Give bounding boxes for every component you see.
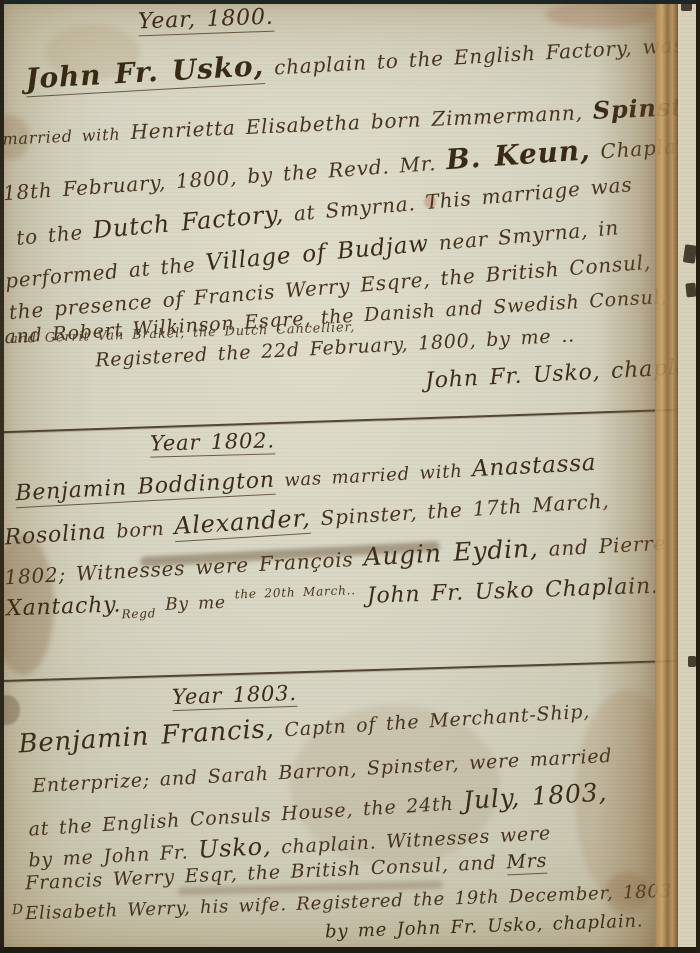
- margin-mark: D: [12, 903, 25, 918]
- gutter-shadow: [596, 0, 656, 953]
- text-fragment: to the: [15, 219, 94, 250]
- text-fragment: Mrs: [506, 850, 548, 876]
- page-edge-bottom: [0, 947, 700, 953]
- section-divider-rule: [0, 409, 676, 433]
- manuscript-page: Year, 1800. John Fr. Usko, chaplain to t…: [0, 0, 700, 953]
- text-fragment: born: [106, 517, 175, 543]
- heading-text: Year 1802.: [150, 428, 275, 457]
- section-heading-1803: Year 1803.: [172, 682, 298, 708]
- ink-mark: [685, 283, 696, 298]
- page-fold: [655, 0, 678, 953]
- ink-mark: [688, 656, 696, 667]
- bride-name: Rosolina: [4, 519, 107, 550]
- text-fragment: Spinster, the 17th March,: [310, 489, 610, 531]
- heading-text: Year 1803.: [172, 681, 298, 711]
- section-divider-rule: [0, 660, 676, 682]
- maiden-name: Alexander,: [173, 504, 311, 542]
- adjacent-page-sliver: [678, 0, 696, 953]
- text-fragment: Dutch Factory,: [92, 200, 285, 245]
- page-edge-top: [0, 0, 700, 4]
- text-fragment: married with: [2, 125, 121, 149]
- page-edge-left: [0, 0, 4, 953]
- bride-name: Anastassa: [471, 450, 597, 482]
- heading-text: Year, 1800.: [138, 5, 274, 37]
- text-fragment: By me: [156, 592, 236, 615]
- text-fragment: Regd: [121, 606, 156, 621]
- page-edge-right: [696, 0, 700, 953]
- interlined-date: the 20th March..: [234, 583, 356, 601]
- officiant-name: B. Keun,: [445, 133, 592, 176]
- witness-name: Xantachy.: [6, 592, 122, 621]
- section-heading-1802: Year 1802.: [150, 429, 275, 454]
- groom-name: Benjamin Francis,: [18, 714, 276, 760]
- groom-name: Benjamin Boddington: [15, 468, 276, 509]
- margin-mark-text: D: [11, 902, 24, 919]
- chaplain-name: Usko,: [197, 832, 272, 864]
- section-heading-1800: Year, 1800.: [138, 6, 274, 34]
- text-fragment: was married with: [274, 460, 472, 491]
- text-fragment: near Smyrna, in: [428, 215, 620, 256]
